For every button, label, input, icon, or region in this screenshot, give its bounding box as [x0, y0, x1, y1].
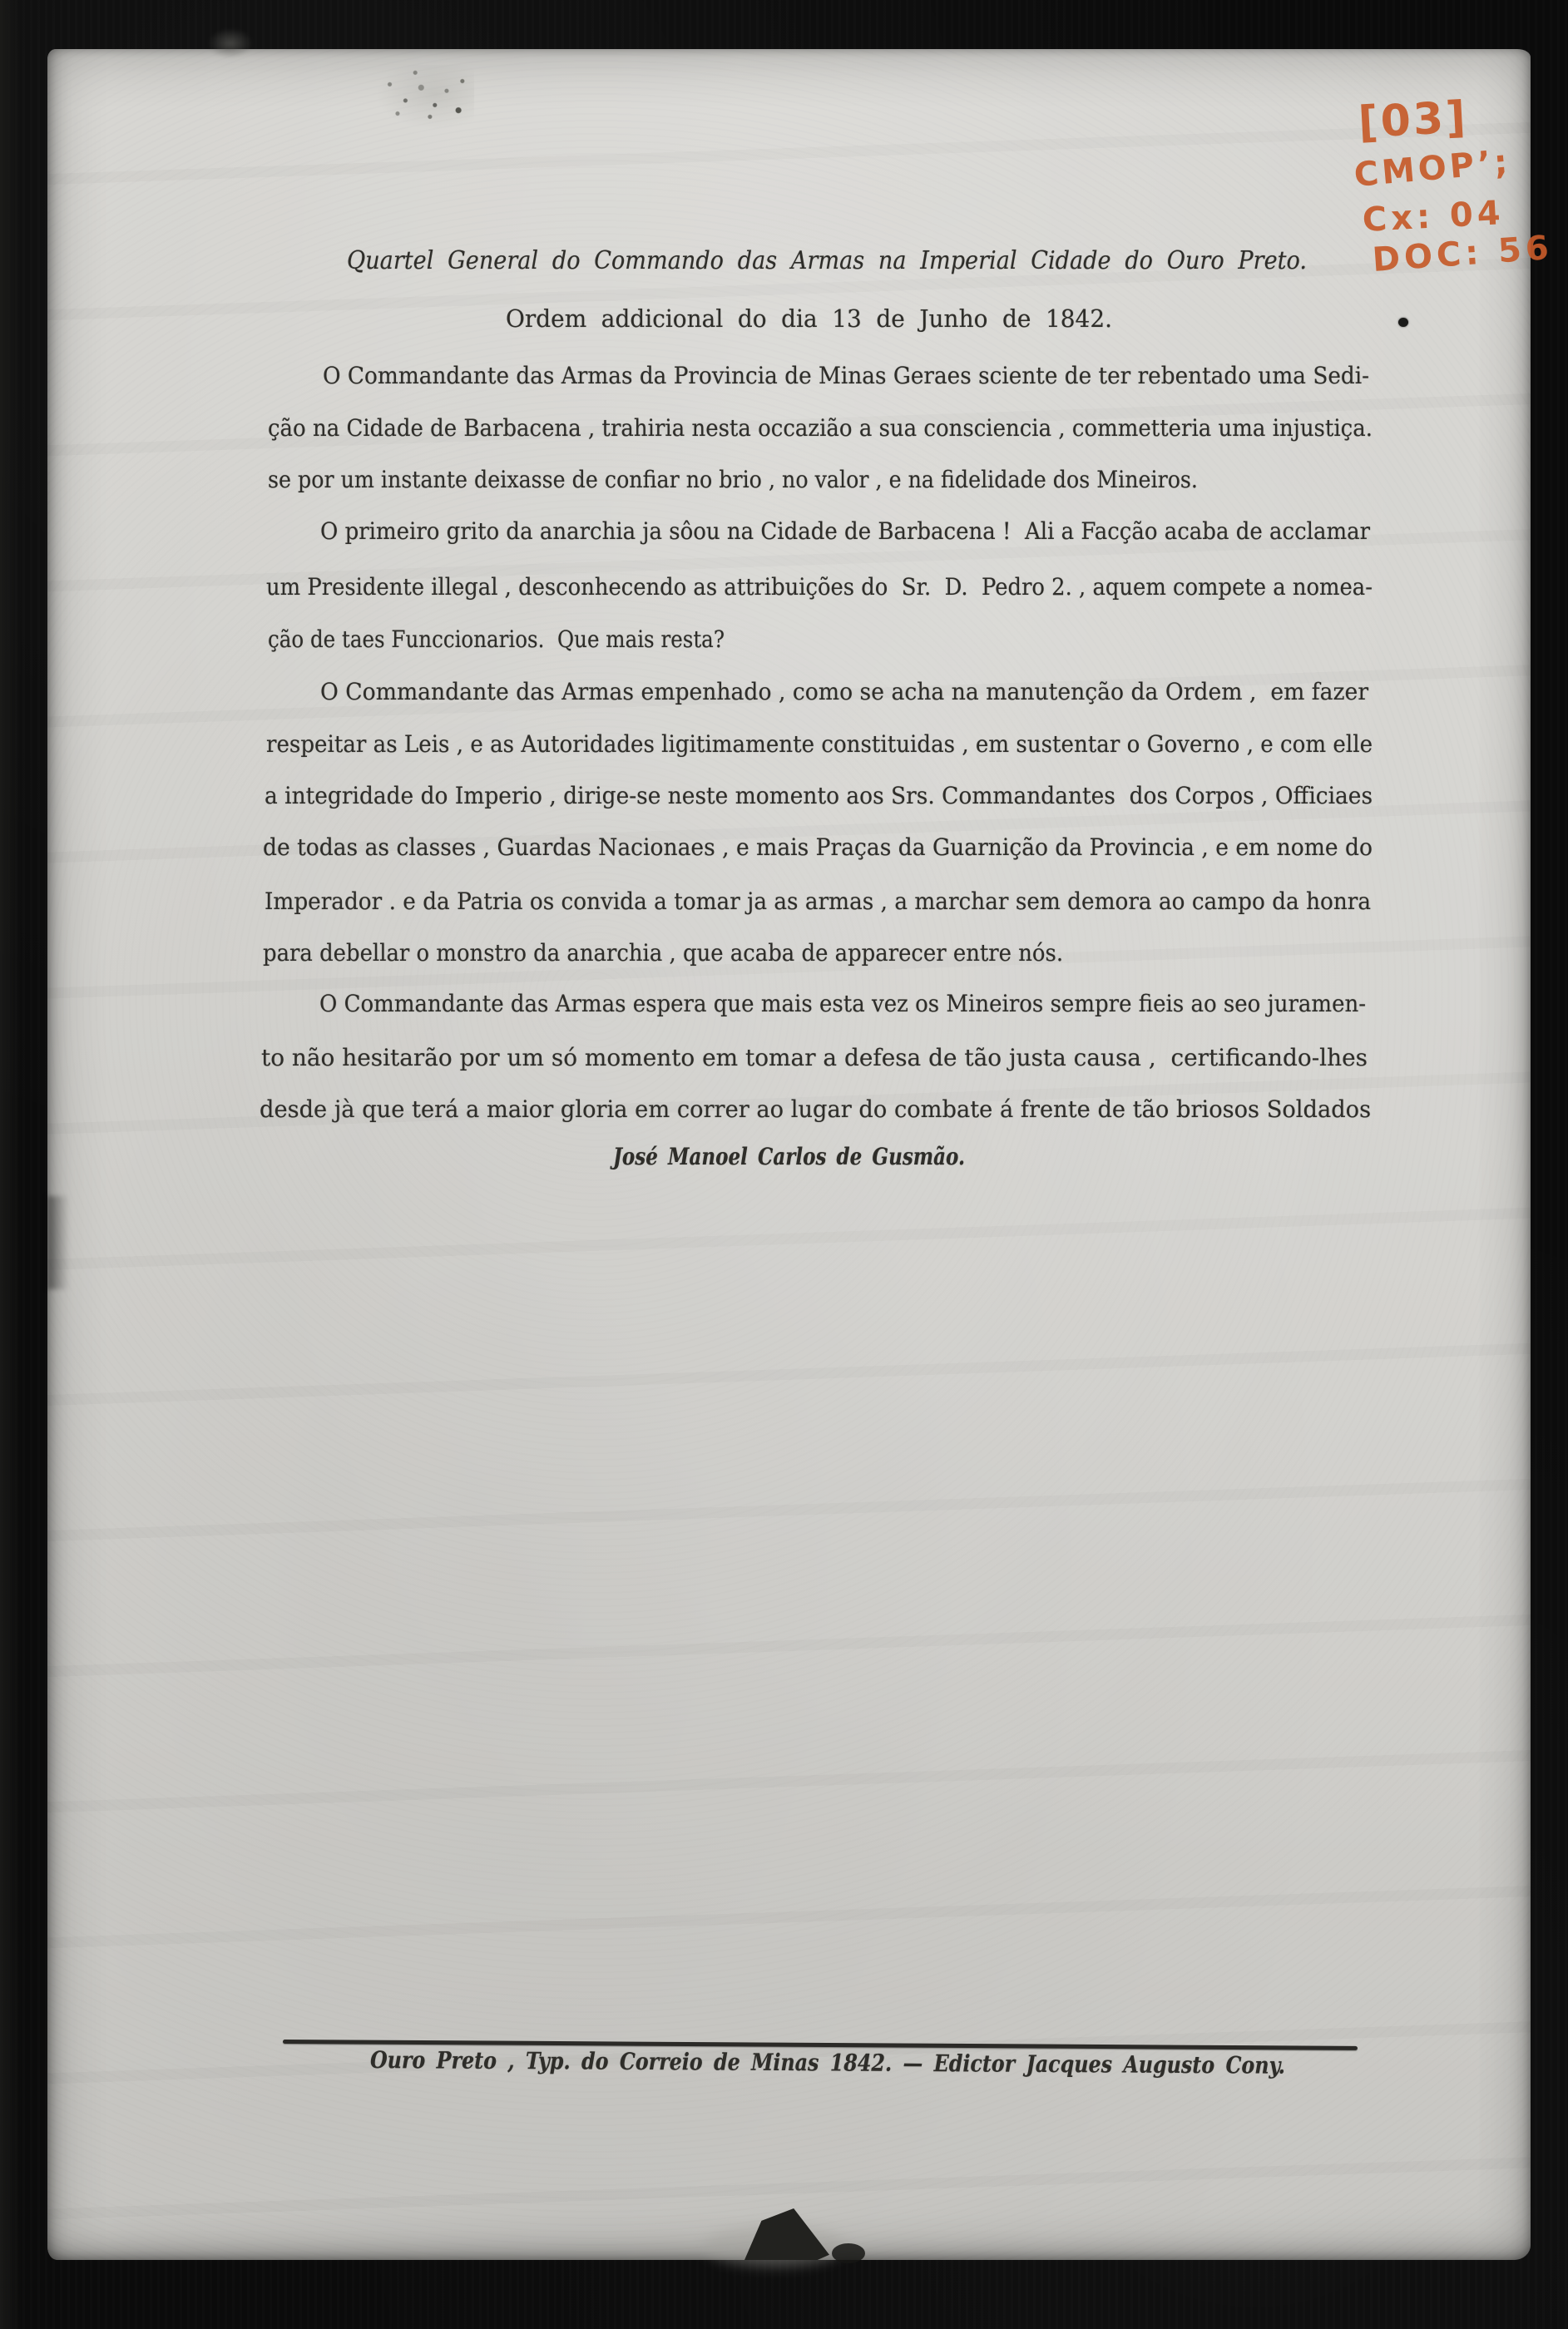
edge-nick [832, 2243, 865, 2263]
ink-dot [1398, 318, 1408, 327]
body-line: desde jà que terá a maior gloria em corr… [260, 1095, 1371, 1124]
body-line: se por um instante deixasse de confiar n… [268, 466, 1198, 494]
body-line: O Commandante das Armas espera que mais … [319, 990, 1366, 1018]
imprint: Ouro Preto , Typ. do Correio de Minas 18… [370, 2046, 1285, 2079]
annotation-line: [03] [1357, 92, 1469, 148]
body-line: respeitar as Leis , e as Autoridades lig… [266, 730, 1373, 759]
body-line: Imperador . e da Patria os convida a tom… [265, 888, 1371, 916]
body-line: O Commandante das Armas empenhado , como… [320, 678, 1368, 706]
border-smudge [208, 28, 253, 58]
photo-backdrop: Quartel General do Commando das Armas na… [0, 0, 1568, 2329]
backdrop-edge-streak [0, 0, 22, 2329]
body-line: ção de taes Funccionarios. Que mais rest… [268, 626, 725, 654]
body-line: O Commandante das Armas da Provincia de … [323, 362, 1369, 390]
body-line: a integridade do Imperio , dirige-se nes… [265, 782, 1373, 810]
body-line: ção na Cidade de Barbacena , trahiria ne… [268, 414, 1373, 443]
body-line: um Presidente illegal , desconhecendo as… [266, 573, 1373, 601]
body-line: para debellar o monstro da anarchia , qu… [263, 939, 1063, 967]
speckle-smudge [376, 65, 474, 130]
page-title: Quartel General do Commando das Armas na… [347, 246, 1307, 275]
edge-shadow [47, 1196, 69, 1289]
page-subtitle: Ordem addicional do dia 13 de Junho de 1… [506, 304, 1112, 333]
signature: José Manoel Carlos de Gusmão. [613, 1143, 965, 1170]
body-line: de todas as classes , Guardas Nacionaes … [263, 833, 1373, 862]
body-line: O primeiro grito da anarchia ja sôou na … [320, 517, 1370, 546]
body-line: to não hesitarão por um só momento em to… [261, 1044, 1368, 1072]
